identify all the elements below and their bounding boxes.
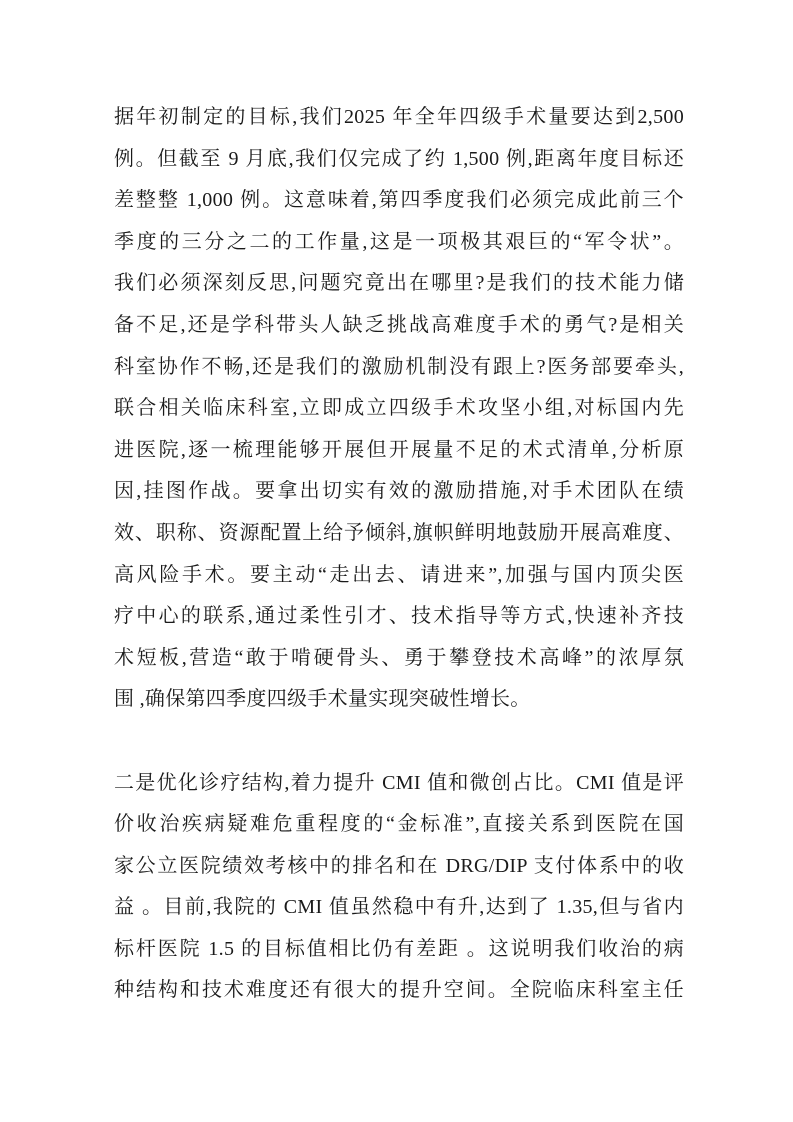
paragraph-surgery-target: 据年初制定的目标,我们2025 年全年四级手术量要达到2,500例。但截至 9 … xyxy=(114,97,684,721)
text-line: 疗中心的联系,通过柔性引才、技术指导等方式,快速补齐技 xyxy=(114,596,684,638)
paragraph-cmi-structure: 二是优化诊疗结构,着力提升 CMI 值和微创占比。CMI 值是评价收治疾病疑难危… xyxy=(114,763,684,1013)
text-line: 联合相关临床科室,立即成立四级手术攻坚小组,对标国内先 xyxy=(114,388,684,430)
text-line: 家公立医院绩效考核中的排名和在 DRG/DIP 支付体系中的收 xyxy=(114,846,684,888)
text-line: 据年初制定的目标,我们2025 年全年四级手术量要达到2,500 xyxy=(114,97,684,139)
text-line: 价收治疾病疑难危重程度的“金标准”,直接关系到医院在国 xyxy=(114,804,684,846)
text-line: 我们必须深刻反思,问题究竟出在哪里?是我们的技术能力储 xyxy=(114,263,684,305)
text-line: 效、职称、资源配置上给予倾斜,旗帜鲜明地鼓励开展高难度、 xyxy=(114,513,684,555)
document-page: 据年初制定的目标,我们2025 年全年四级手术量要达到2,500例。但截至 9 … xyxy=(0,0,793,1122)
text-line: 高风险手术。要主动“走出去、请进来”,加强与国内顶尖医 xyxy=(114,555,684,597)
text-line: 例。但截至 9 月底,我们仅完成了约 1,500 例,距离年度目标还 xyxy=(114,139,684,181)
text-line: 益 。目前,我院的 CMI 值虽然稳中有升,达到了 1.35,但与省内 xyxy=(114,887,684,929)
text-line: 备不足,还是学科带头人缺乏挑战高难度手术的勇气?是相关 xyxy=(114,305,684,347)
text-line: 种结构和技术难度还有很大的提升空间。全院临床科室主任 xyxy=(114,970,684,1012)
document-body: 据年初制定的目标,我们2025 年全年四级手术量要达到2,500例。但截至 9 … xyxy=(114,97,684,1012)
text-line: 季度的三分之二的工作量,这是一项极其艰巨的“军令状”。 xyxy=(114,222,684,264)
text-line: 二是优化诊疗结构,着力提升 CMI 值和微创占比。CMI 值是评 xyxy=(114,763,684,805)
text-line: 术短板,营造“敢于啃硬骨头、勇于攀登技术高峰”的浓厚氛 xyxy=(114,638,684,680)
text-line: 进医院,逐一梳理能够开展但开展量不足的术式清单,分析原 xyxy=(114,430,684,472)
text-line: 因,挂图作战。要拿出切实有效的激励措施,对手术团队在绩 xyxy=(114,471,684,513)
text-line: 差整整 1,000 例。这意味着,第四季度我们必须完成此前三个 xyxy=(114,180,684,222)
text-line: 围 ,确保第四季度四级手术量实现突破性增长。 xyxy=(114,679,684,721)
text-line: 标杆医院 1.5 的目标值相比仍有差距 。这说明我们收治的病 xyxy=(114,929,684,971)
text-line: 科室协作不畅,还是我们的激励机制没有跟上?医务部要牵头, xyxy=(114,347,684,389)
